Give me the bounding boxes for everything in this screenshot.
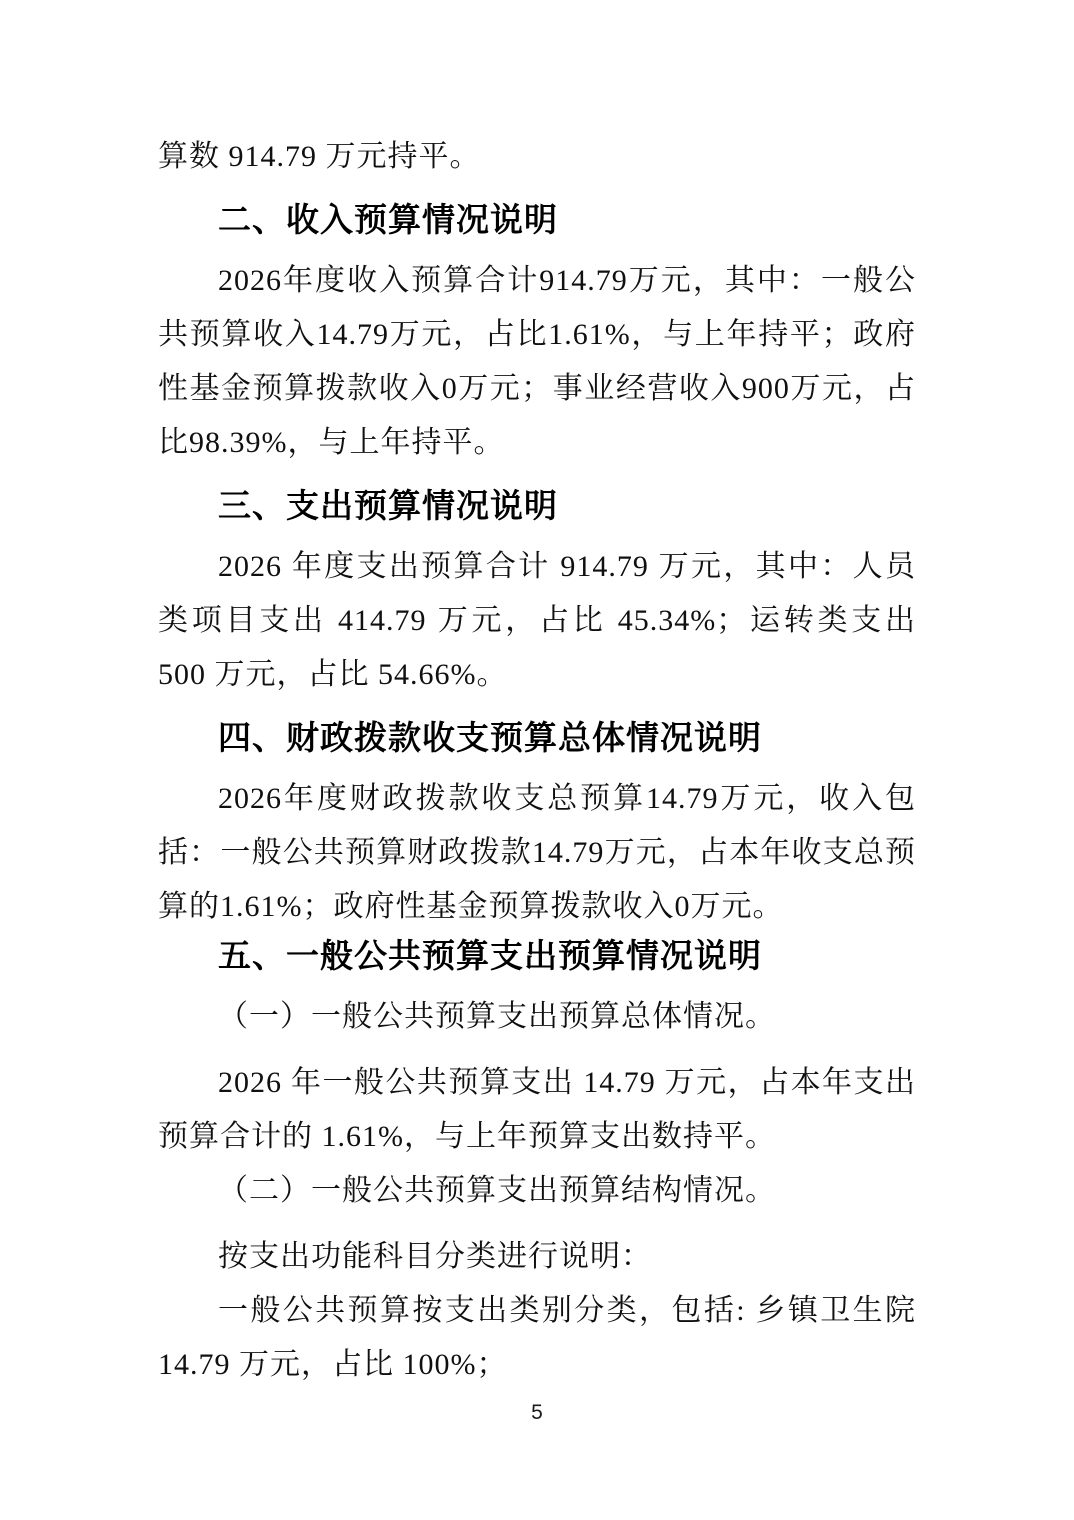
paragraph-income-budget: 2026年度收入预算合计914.79万元，其中：一般公共预算收入14.79万元，… bbox=[158, 254, 916, 470]
paragraph-carryover: 算数 914.79 万元持平。 bbox=[158, 130, 916, 184]
paragraph-fiscal-appropriation: 2026年度财政拨款收支总预算14.79万元，收入包括：一般公共预算财政拨款14… bbox=[158, 772, 916, 934]
section-heading-general-public-budget: 五、一般公共预算支出预算情况说明 bbox=[158, 934, 916, 978]
subheading-general-structure: （二）一般公共预算支出预算结构情况。 bbox=[158, 1164, 916, 1218]
page-number: 5 bbox=[0, 1398, 1074, 1428]
paragraph-expenditure-budget: 2026 年度支出预算合计 914.79 万元，其中：人员类项目支出 414.7… bbox=[158, 540, 916, 702]
paragraph-general-public-total: 2026 年一般公共预算支出 14.79 万元，占本年支出预算合计的 1.61%… bbox=[158, 1056, 916, 1164]
section-heading-fiscal-appropriation: 四、财政拨款收支预算总体情况说明 bbox=[158, 716, 916, 760]
paragraph-classification-note: 按支出功能科目分类进行说明： bbox=[158, 1230, 916, 1284]
section-heading-expenditure: 三、支出预算情况说明 bbox=[158, 484, 916, 528]
document-page: 算数 914.79 万元持平。 二、收入预算情况说明 2026年度收入预算合计9… bbox=[0, 0, 1074, 1520]
subheading-general-total: （一）一般公共预算支出预算总体情况。 bbox=[158, 990, 916, 1044]
paragraph-classification-detail: 一般公共预算按支出类别分类，包括: 乡镇卫生院 14.79 万元，占比 100%… bbox=[158, 1284, 916, 1392]
section-heading-income: 二、收入预算情况说明 bbox=[158, 198, 916, 242]
